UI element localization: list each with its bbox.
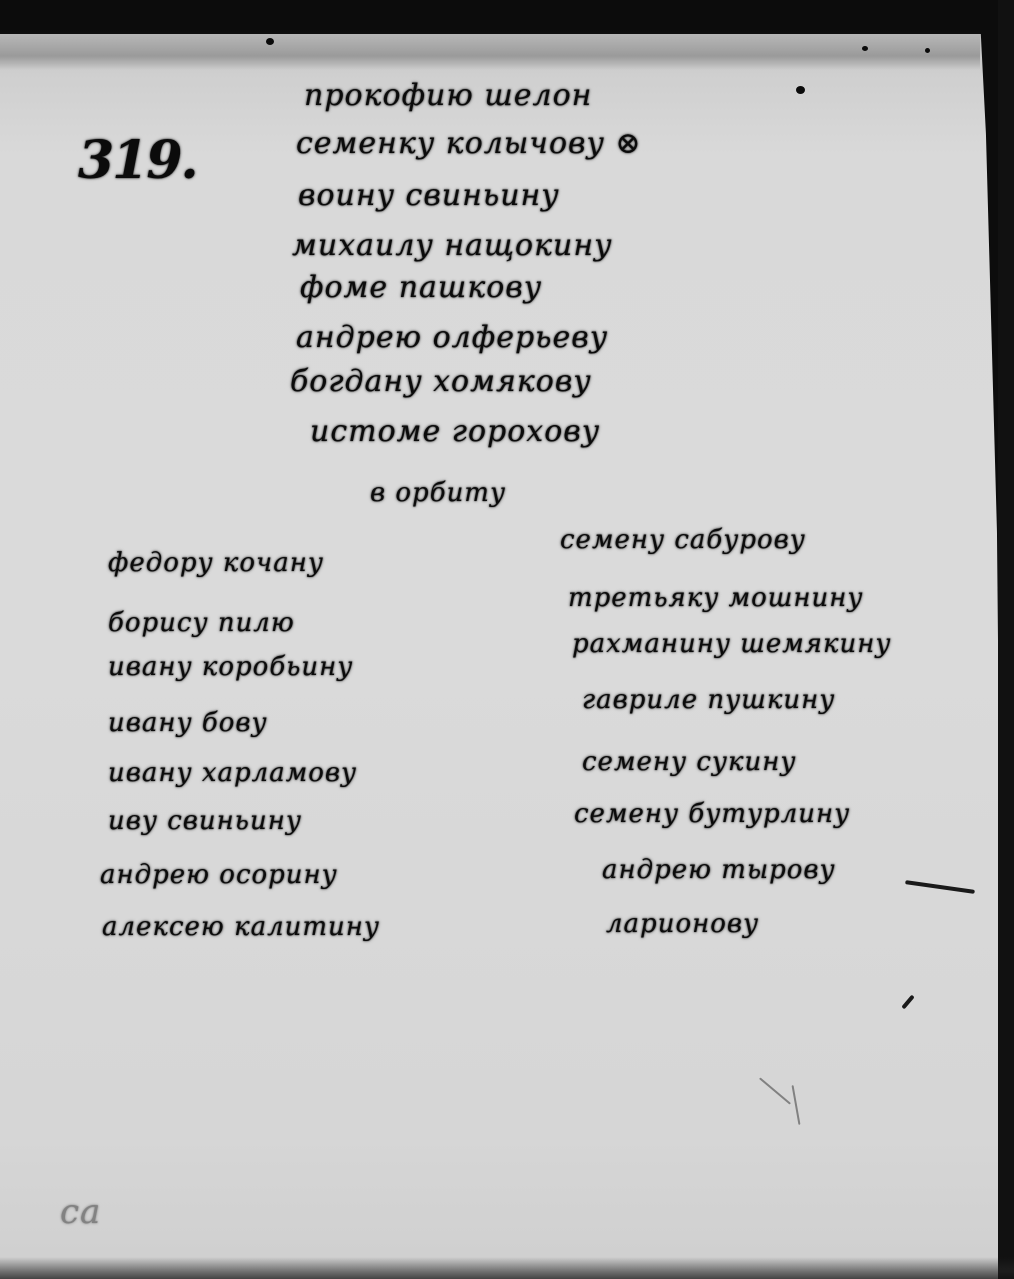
marginal-note: са [60,1192,101,1232]
name-line: семену бутурлину [574,799,850,829]
name-line: борису пилю [108,608,295,638]
name-line: андрею олферьеву [296,320,608,355]
ink-speck [862,46,868,51]
name-line: алексею калитину [102,912,380,942]
name-line: иву свиньину [108,806,302,836]
name-line: семену сабурову [560,525,806,555]
section-heading: в орбиту [370,478,506,508]
name-line: михаилу нащокину [292,228,613,263]
name-line: гавриле пушкину [582,685,835,715]
ink-speck [796,86,805,94]
name-line: богдану хомякову [290,364,592,399]
page-fold-shadow [0,30,980,70]
name-line: ивану харламову [108,758,357,788]
scan-background: 319. прокофию шелон семенку колычову ⊗ в… [0,0,1014,1279]
name-line: ивану бову [108,708,268,738]
ink-speck [925,48,930,53]
name-line: третьяку мошнину [568,583,864,613]
name-line: прокофию шелон [304,78,592,113]
name-line: ивану коробьину [108,652,353,682]
name-line: андрею осорину [100,860,338,890]
name-line: андрею тырову [602,855,836,885]
name-line: ларионову [606,909,759,939]
name-line: воину свиньину [298,178,560,213]
name-line: истоме горохову [310,414,600,449]
folio-number: 319. [78,130,197,191]
name-line: семенку колычову ⊗ [296,126,642,161]
scan-border-right [998,0,1014,1279]
scan-border-bottom [0,1257,1014,1279]
ink-speck [266,38,274,45]
name-line: фоме пашкову [300,270,542,305]
name-line: семену сукину [582,747,797,777]
name-line: рахманину шемякину [572,629,891,659]
name-line: федору кочану [108,548,324,578]
